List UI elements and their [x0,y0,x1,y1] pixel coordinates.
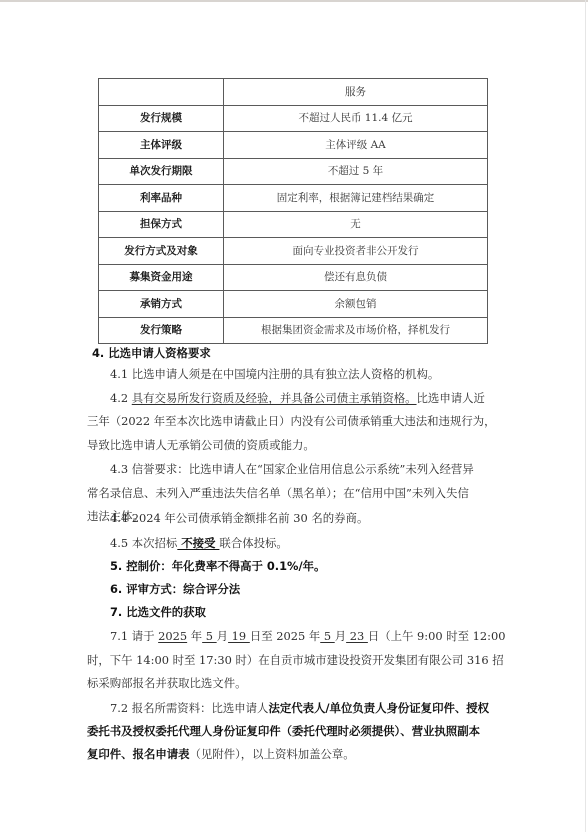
section-4-5-text: 4.5 本次招标 不接受 联合体投标。 [110,536,288,550]
table-label-cell: 单次发行期限 [99,158,224,185]
table-row: 募集资金用途 偿还有息负债 [99,264,488,291]
section-7-2-line2: 委托书及授权委托代理人身份证复印件（委托代理时必须提供）、营业执照副本 [87,724,480,738]
table-label-cell: 利率品种 [99,185,224,212]
section-4-heading: 4. 比选申请人资格要求 [92,346,211,360]
end-day: 23 [346,629,368,643]
section-4-2-line3: 导致比选申请人无承销公司债的资质或能力。 [87,438,315,452]
table-row: 发行方式及对象 面向专业投资者非公开发行 [99,238,488,265]
section-7-1-prefix: 7.1 请于 [110,629,158,643]
section-7-1-line2: 时，下午 14:00 时至 17:30 时）在自贡市城市建设投资开发集团有限公司… [87,653,504,667]
section-7-2-line1: 7.2 报名所需资料：比选申请人法定代表人/单位负责人身份证复印件、授权 [110,701,489,715]
table-value-cell: 固定利率，根据簿记建档结果确定 [224,185,488,212]
section-7-1-line3: 标采购部报名并获取比选文件。 [87,676,246,690]
table-value-cell: 面向专业投资者非公开发行 [224,238,488,265]
section-4-5-underlined: 不接受 [177,536,219,550]
text-month: 月 [335,629,346,643]
section-7-2-bold1: 法定代表人/单位负责人身份证复印件、授权 [268,701,489,715]
section-4-3-line1: 4.3 信誉要求：比选申请人在“国家企业信用信息公示系统”未列入经营异 [110,462,474,476]
page-right-edge [585,0,586,832]
table-row: 发行规模 不超过人民币 11.4 亿元 [99,105,488,132]
table-value-cell: 余额包销 [224,291,488,318]
table-row: 承销方式 余额包销 [99,291,488,318]
table-label-cell: 发行策略 [99,317,224,344]
section-7-2-line3-rest: （见附件），以上资料加盖公章。 [190,747,355,761]
table-value-cell: 无 [224,211,488,238]
table-value-cell: 根据集团资金需求及市场价格，择机发行 [224,317,488,344]
section-5-heading: 5. 控制价：年化费率不得高于 0.1%/年。 [110,559,325,573]
section-4-3-line2: 常名录信息、未列入严重违法失信名单（黑名单）；在“信用中国”未列入失信 [87,486,469,500]
section-4-5-suffix: 联合体投标。 [219,536,287,550]
section-7-2-line3-bold: 复印件、报名申请表 [87,747,190,761]
table-label-cell [99,79,224,106]
section-4-2-rest: 比选申请人近 [417,391,485,405]
section-7-2-line3: 复印件、报名申请表（见附件），以上资料加盖公章。 [87,747,355,761]
section-7-2-prefix: 7.2 报名所需资料：比选申请人 [110,701,268,715]
text-month: 月 [217,629,228,643]
text-year: 年 [187,629,202,643]
table-value-cell: 不超过 5 年 [224,158,488,185]
section-4-2-line1: 4.2 具有交易所发行资质及经验，并具备公司债主承销资格。比选申请人近 [110,391,485,405]
table-row: 担保方式 无 [99,211,488,238]
text-day-to: 日至 2025 年 [250,629,320,643]
text-time: 日（上午 9:00 时至 12:00 [368,629,506,643]
section-4-1-text: 4.1 比选申请人须是在中国境内注册的具有独立法人资格的机构。 [110,367,439,381]
table-row: 发行策略 根据集团资金需求及市场价格，择机发行 [99,317,488,344]
section-4-2-line2: 三年（2022 年至本次比选申请截止日）内没有公司债承销重大违法和违规行为， [87,414,496,428]
start-month: 5 [202,629,217,643]
start-day: 19 [228,629,250,643]
table-row: 单次发行期限 不超过 5 年 [99,158,488,185]
table-label-cell: 承销方式 [99,291,224,318]
table-label-cell: 主体评级 [99,132,224,159]
table-row: 服务 [99,79,488,106]
section-4-2-underlined: 具有交易所发行资质及经验，并具备公司债主承销资格。 [132,391,417,405]
section-6-heading: 6. 评审方式：综合评分法 [110,582,240,596]
page-top-edge [0,0,588,2]
table-label-cell: 发行规模 [99,105,224,132]
section-7-1-line1: 7.1 请于 2025 年 5 月 19 日至 2025 年 5 月 23 日（… [110,629,506,643]
table-label-cell: 募集资金用途 [99,264,224,291]
section-4-5-prefix: 4.5 本次招标 [110,536,177,550]
table-value-cell: 主体评级 AA [224,132,488,159]
table-value-cell: 不超过人民币 11.4 亿元 [224,105,488,132]
table-row: 主体评级 主体评级 AA [99,132,488,159]
start-year: 2025 [158,629,187,643]
section-4-2-prefix: 4.2 [110,391,132,405]
table-value-cell: 服务 [224,79,488,106]
table-value-cell: 偿还有息负债 [224,264,488,291]
table-label-cell: 发行方式及对象 [99,238,224,265]
end-month: 5 [320,629,335,643]
table-label-cell: 担保方式 [99,211,224,238]
section-7-heading: 7. 比选文件的获取 [110,605,206,619]
table-row: 利率品种 固定利率，根据簿记建档结果确定 [99,185,488,212]
bond-spec-table: 服务 发行规模 不超过人民币 11.4 亿元 主体评级 主体评级 AA 单次发行… [98,78,488,344]
section-4-4-text: 4.4 2024 年公司债承销金额排名前 30 名的券商。 [110,511,368,525]
